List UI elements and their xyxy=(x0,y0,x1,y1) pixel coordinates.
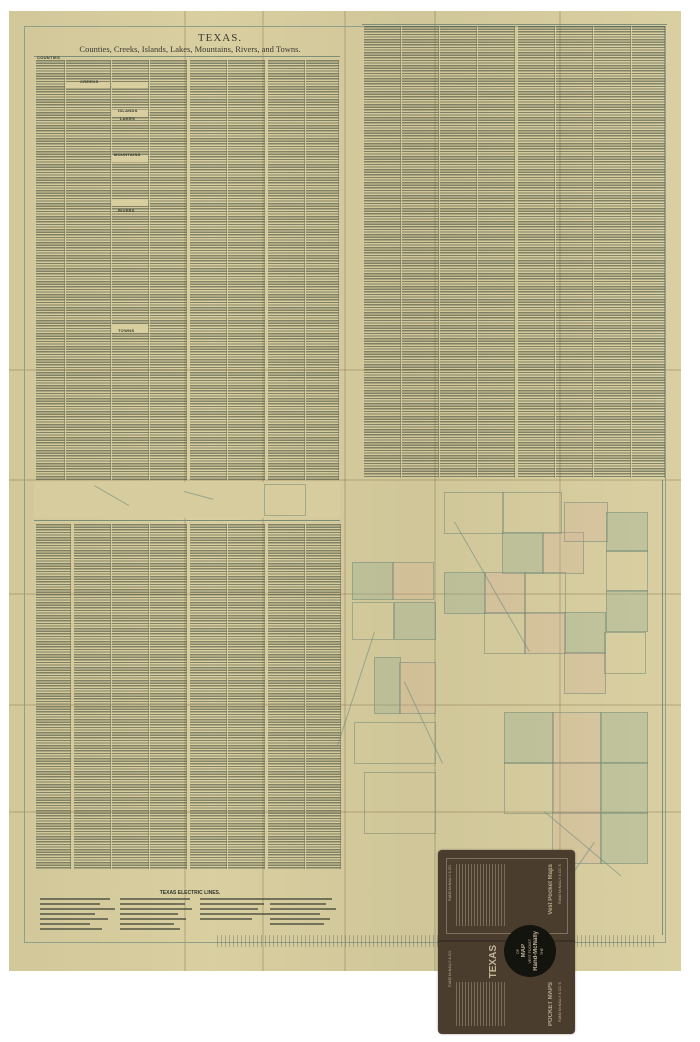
panel-rule xyxy=(362,24,667,25)
cover-series-top: Vest Pocket Maps xyxy=(548,864,554,915)
index-column xyxy=(306,524,341,869)
cover-publisher-top: RAND McNALLY & CO.'S xyxy=(558,864,562,904)
cover-text-lines xyxy=(456,982,506,1026)
map-legend-strip xyxy=(217,935,657,947)
index-column xyxy=(440,26,477,478)
cover-imprint-top: RAND McNALLY & CO. xyxy=(448,864,452,901)
index-column xyxy=(594,26,631,478)
cover-text-lines xyxy=(456,864,506,926)
map-subtitle: Counties, Creeks, Islands, Lakes, Mounta… xyxy=(40,44,340,54)
index-column xyxy=(150,524,187,869)
section-heading-islands: ISLANDS xyxy=(118,108,138,113)
index-column xyxy=(364,26,401,478)
index-column xyxy=(190,60,227,480)
index-column xyxy=(518,26,555,478)
section-heading-counties: COUNTIES xyxy=(37,55,60,60)
map-title: TEXAS. xyxy=(140,32,300,44)
index-column xyxy=(112,524,149,869)
index-column-counties xyxy=(36,60,65,480)
index-column xyxy=(36,524,71,869)
title-rule xyxy=(34,56,340,57)
index-column xyxy=(150,60,187,480)
index-column xyxy=(402,26,439,478)
cover-series-bottom: POCKET MAPS xyxy=(548,982,554,1026)
section-heading-creeks: CREEKS xyxy=(80,79,98,84)
index-column xyxy=(74,524,111,869)
map-fragment-strip xyxy=(34,482,340,518)
index-column xyxy=(268,524,305,869)
map-border-right xyxy=(662,480,663,935)
index-column xyxy=(190,524,227,869)
index-column xyxy=(478,26,515,478)
cover-publisher-bottom: RAND McNALLY & CO.'S xyxy=(558,982,562,1022)
section-heading-towns: TOWNS xyxy=(118,328,134,333)
index-column xyxy=(228,524,265,869)
index-column xyxy=(632,26,665,478)
index-column xyxy=(66,60,111,480)
section-heading-rivers: RIVERS xyxy=(118,208,135,213)
index-column xyxy=(268,60,305,480)
index-column xyxy=(556,26,593,478)
electric-lines-title: TEXAS ELECTRIC LINES. xyxy=(130,890,250,896)
index-column xyxy=(112,60,149,480)
section-heading-mountains: MOUNTAINS xyxy=(114,152,141,157)
section-heading-lakes: LAKES xyxy=(120,116,135,121)
index-column xyxy=(306,60,339,480)
index-column xyxy=(228,60,265,480)
map-cover: Vest Pocket Maps RAND McNALLY & CO.'S RA… xyxy=(438,850,575,1034)
panel-rule xyxy=(34,520,340,521)
